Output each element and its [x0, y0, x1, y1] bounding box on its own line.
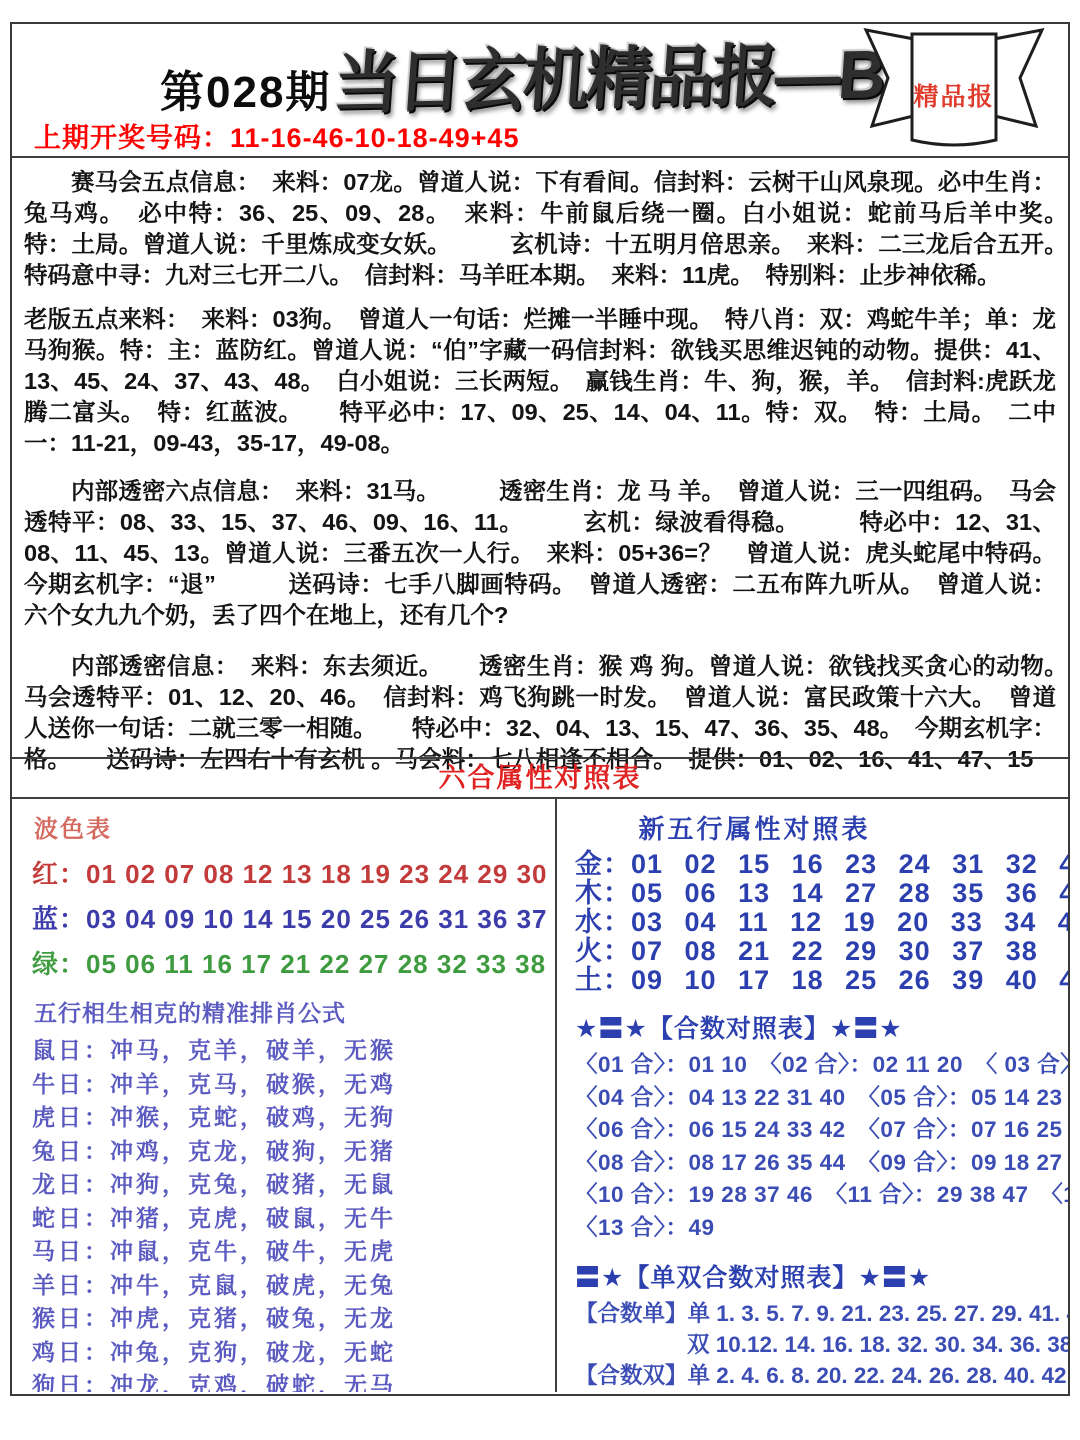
reference-tables: 波色表 红：01 02 07 08 12 13 18 19 23 24 29 3…	[12, 799, 1068, 1392]
five-elements-row: 土：09 10 17 18 25 26 39 40 47 48	[575, 966, 1054, 995]
odd-even-sum-row: 【合数双】单 2. 4. 6. 8. 20. 22. 24. 26. 28. 4…	[575, 1360, 1054, 1391]
five-elements-row: 水：03 04 11 12 19 20 33 34 41 42 49	[575, 908, 1054, 937]
issue-number: 第028期	[160, 56, 331, 120]
zodiac-formula-row: 虎日：冲猴，克蛇，破鸡，无狗	[32, 1101, 549, 1135]
bulletin-section: 赛马会五点信息： 来料：07龙。曾道人说：下有看间。信封料：云树干山风泉现。必中…	[12, 158, 1068, 775]
zodiac-formula-row: 兔日：冲鸡，克龙，破狗，无猪	[32, 1135, 549, 1169]
wave-color-column: 波色表 红：01 02 07 08 12 13 18 19 23 24 29 3…	[12, 799, 557, 1392]
bulletin-paragraph: 老版五点来料： 来料：03狗。 曾道人一句话：烂摊一半睡中现。 特八肖：双：鸡蛇…	[12, 304, 1068, 459]
wave-color-table-title: 波色表	[34, 809, 549, 844]
red-wave-row: 红：01 02 07 08 12 13 18 19 23 24 29 30 34…	[32, 852, 549, 897]
section-title: 六合属性对照表	[12, 757, 1068, 799]
zodiac-formula-row: 狗日：冲龙，克鸡，破蛇，无马	[32, 1369, 549, 1392]
sum-table-row: 〈10 合〉：19 28 37 46 〈11 合〉：29 38 47 〈12 合…	[575, 1179, 1054, 1212]
sum-table-title: ★〓★【合数对照表】★〓★	[575, 1009, 1054, 1045]
five-elements-column: 新五行属性对照表 金：01 02 15 16 23 24 31 32 45 46…	[557, 799, 1068, 1392]
five-elements-row: 火：07 08 21 22 29 30 37 38	[575, 937, 1054, 966]
five-elements-table-title: 新五行属性对照表	[575, 809, 934, 846]
zodiac-formula-row: 马日：冲鼠，克牛，破牛，无虎	[32, 1235, 549, 1269]
zodiac-formula-row: 羊日：冲牛，克鼠，破虎，无兔	[32, 1269, 549, 1303]
odd-even-sum-row: 双 10.12. 14. 16. 18. 32. 30. 34. 36. 38	[575, 1329, 1054, 1360]
bulletin-paragraph: 赛马会五点信息： 来料：07龙。曾道人说：下有看间。信封料：云树干山风泉现。必中…	[12, 167, 1068, 291]
zodiac-formula-row: 鼠日：冲马，克羊，破羊，无猴	[32, 1034, 549, 1068]
last-draw-numbers: 上期开奖号码：11-16-46-10-18-49+45	[34, 116, 519, 155]
blue-wave-row: 蓝：03 04 09 10 14 15 20 25 26 31 36 37 41…	[32, 897, 549, 942]
sum-table-row: 〈08 合〉：08 17 26 35 44 〈09 合〉：09 18 27 36…	[575, 1147, 1054, 1180]
bulletin-paragraph: 内部透密六点信息： 来料：31马。 透密生肖：龙 马 羊。 曾道人说：三一四组码…	[12, 476, 1068, 631]
five-elements-row: 金：01 02 15 16 23 24 31 32 45 46	[575, 850, 1054, 879]
odd-even-sum-row: 双 11. 13. 15. 17. 19. 31. 33. 35. 37. 39	[575, 1391, 1054, 1392]
green-wave-row: 绿：05 06 11 16 17 21 22 27 28 32 33 38 39…	[32, 942, 549, 987]
sum-table-row: 〈13 合〉：49	[575, 1212, 1054, 1245]
zodiac-formula-row: 牛日：冲羊，克马，破猴，无鸡	[32, 1068, 549, 1102]
ribbon-label: 精品报	[854, 6, 1054, 166]
sum-table-row: 〈04 合〉：04 13 22 31 40 〈05 合〉：05 14 23 32…	[575, 1082, 1054, 1115]
zodiac-formula-row: 蛇日：冲猪，克虎，破鼠，无牛	[32, 1202, 549, 1236]
zodiac-formula-row: 鸡日：冲兔，克狗，破龙，无蛇	[32, 1336, 549, 1370]
sum-table-row: 〈01 合〉：01 10 〈02 合〉：02 11 20 〈 03 合〉：03 …	[575, 1049, 1054, 1082]
five-elements-row: 木：05 06 13 14 27 28 35 36 43 44	[575, 879, 1054, 908]
sum-table-row: 〈06 合〉：06 15 24 33 42 〈07 合〉：07 16 25 34…	[575, 1114, 1054, 1147]
zodiac-formula-row: 猴日：冲虎，克猪，破兔，无龙	[32, 1302, 549, 1336]
zodiac-formula-title: 五行相生相克的精准排肖公式	[34, 995, 549, 1028]
odd-even-sum-row: 【合数单】单 1. 3. 5. 7. 9. 21. 23. 25. 27. 29…	[575, 1298, 1054, 1329]
odd-even-sum-table-title: 〓★【单双合数对照表】★〓★	[575, 1258, 1054, 1294]
page-frame: 第028期 当日玄机精品报—B 上期开奖号码：11-16-46-10-18-49…	[10, 22, 1070, 1396]
zodiac-formula-row: 龙日：冲狗，克兔，破猪，无鼠	[32, 1168, 549, 1202]
